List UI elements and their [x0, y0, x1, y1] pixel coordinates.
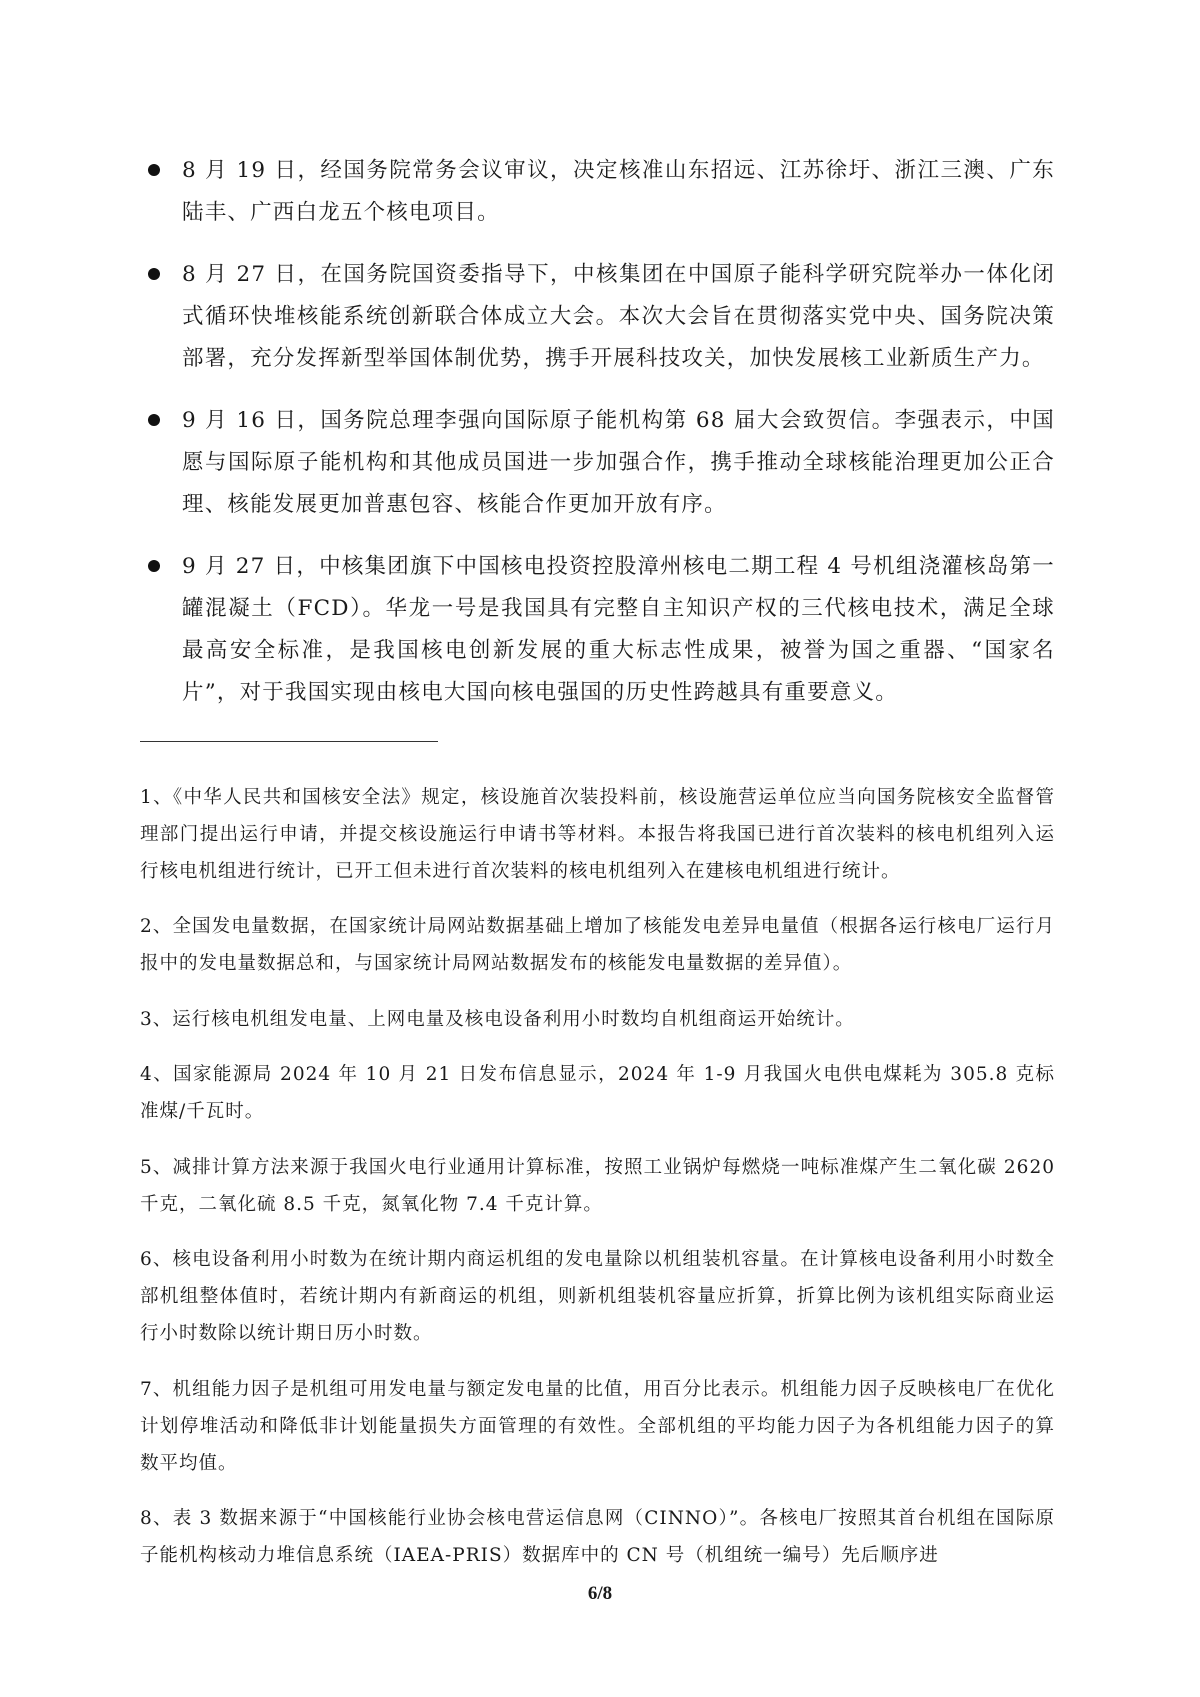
bullet-dot-icon [148, 268, 160, 280]
bullet-dot-icon [148, 164, 160, 176]
footnote-7: 7、机组能力因子是机组可用发电量与额定发电量的比值，用百分比表示。机组能力因子反… [140, 1371, 1055, 1482]
event-bullet-list: 8 月 19 日，经国务院常务会议审议，决定核准山东招远、江苏徐圩、浙江三澳、广… [140, 150, 1055, 734]
bullet-item: 9 月 16 日，国务院总理李强向国际原子能机构第 68 届大会致贺信。李强表示… [140, 400, 1055, 526]
bullet-text: 8 月 19 日，经国务院常务会议审议，决定核准山东招远、江苏徐圩、浙江三澳、广… [182, 150, 1055, 234]
footnote-5: 5、减排计算方法来源于我国火电行业通用计算标准，按照工业锅炉每燃烧一吨标准煤产生… [140, 1149, 1055, 1223]
document-page: 8 月 19 日，经国务院常务会议审议，决定核准山东招远、江苏徐圩、浙江三澳、广… [0, 0, 1200, 1697]
bullet-text: 9 月 27 日，中核集团旗下中国核电投资控股漳州核电二期工程 4 号机组浇灌核… [182, 546, 1055, 714]
bullet-text: 8 月 27 日，在国务院国资委指导下，中核集团在中国原子能科学研究院举办一体化… [182, 254, 1055, 380]
bullet-item: 8 月 19 日，经国务院常务会议审议，决定核准山东招远、江苏徐圩、浙江三澳、广… [140, 150, 1055, 234]
bullet-item: 8 月 27 日，在国务院国资委指导下，中核集团在中国原子能科学研究院举办一体化… [140, 254, 1055, 380]
footnote-6: 6、核电设备利用小时数为在统计期内商运机组的发电量除以机组装机容量。在计算核电设… [140, 1241, 1055, 1352]
footnote-8: 8、表 3 数据来源于“中国核能行业协会核电营运信息网（CINNO）”。各核电厂… [140, 1500, 1055, 1574]
page-number: 6/8 [0, 1583, 1200, 1605]
footnote-3: 3、运行核电机组发电量、上网电量及核电设备利用小时数均自机组商运开始统计。 [140, 1001, 1055, 1038]
footnote-list: 1、《中华人民共和国核安全法》规定，核设施首次装投料前，核设施营运单位应当向国务… [140, 760, 1055, 1592]
bullet-item: 9 月 27 日，中核集团旗下中国核电投资控股漳州核电二期工程 4 号机组浇灌核… [140, 546, 1055, 714]
footnote-2: 2、全国发电量数据，在国家统计局网站数据基础上增加了核能发电差异电量值（根据各运… [140, 908, 1055, 982]
bullet-dot-icon [148, 414, 160, 426]
footnote-divider [140, 741, 438, 742]
bullet-dot-icon [148, 560, 160, 572]
footnote-1: 1、《中华人民共和国核安全法》规定，核设施首次装投料前，核设施营运单位应当向国务… [140, 779, 1055, 890]
footnote-4: 4、国家能源局 2024 年 10 月 21 日发布信息显示，2024 年 1-… [140, 1056, 1055, 1130]
bullet-text: 9 月 16 日，国务院总理李强向国际原子能机构第 68 届大会致贺信。李强表示… [182, 400, 1055, 526]
